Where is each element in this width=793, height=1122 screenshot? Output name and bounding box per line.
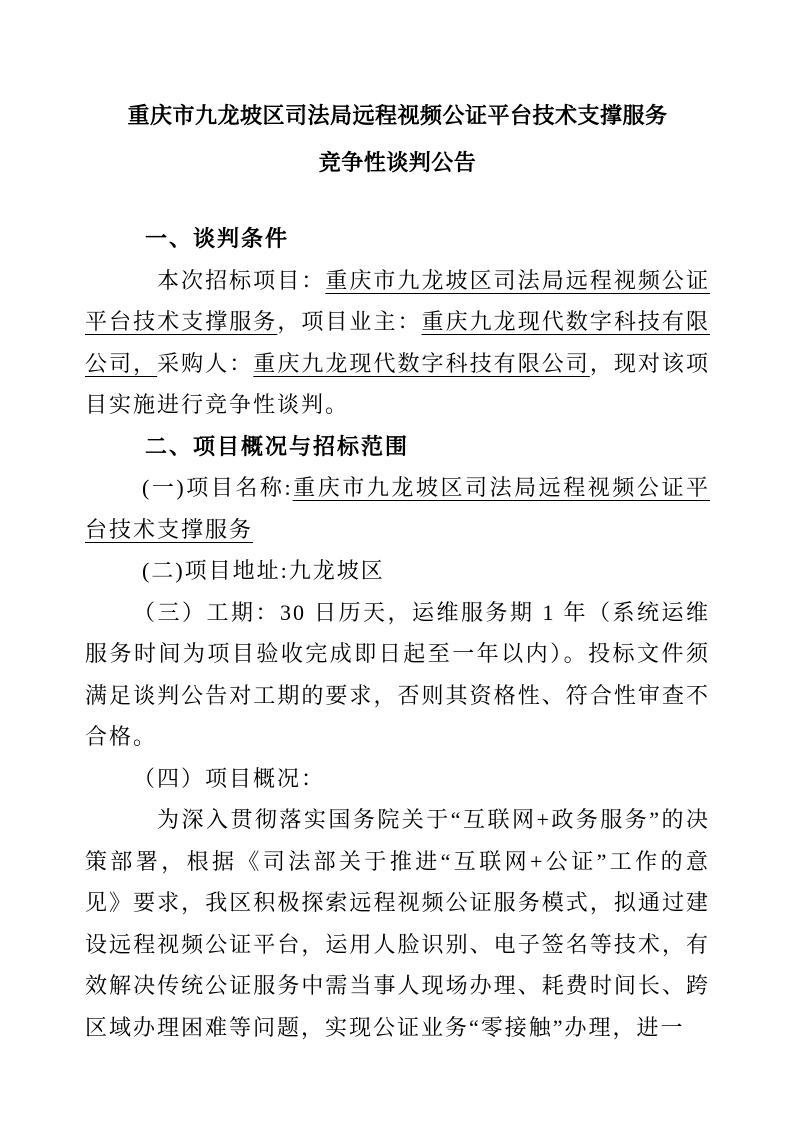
section-1-heading: 一、谈判条件 xyxy=(85,218,710,260)
project-duration-item: （三）工期：30 日历天，运维服务期 1 年（系统运维服务时间为项目验收完成即日… xyxy=(85,592,710,758)
project-name-item: (一)项目名称:重庆市九龙坡区司法局远程视频公证平台技术支撑服务 xyxy=(85,467,710,550)
document-title: 重庆市九龙坡区司法局远程视频公证平台技术支撑服务 竞争性谈判公告 xyxy=(85,92,710,186)
document-content: 重庆市九龙坡区司法局远程视频公证平台技术支撑服务 竞争性谈判公告 一、谈判条件 … xyxy=(0,92,793,1048)
project-overview-label: （四）项目概况： xyxy=(85,758,710,800)
document-page: 重庆市九龙坡区司法局远程视频公证平台技术支撑服务 竞争性谈判公告 一、谈判条件 … xyxy=(0,0,793,1122)
bid-project-lead-text: 本次招标项目： xyxy=(157,268,325,293)
title-line-1: 重庆市九龙坡区司法局远程视频公证平台技术支撑服务 xyxy=(85,92,710,139)
section-2-heading: 二、项目概况与招标范围 xyxy=(85,426,710,468)
purchaser-underlined: 重庆九龙现代数字科技有限公司 xyxy=(253,351,590,376)
project-address-item: (二)项目地址:九龙坡区 xyxy=(85,550,710,592)
project-owner-label: ，项目业主： xyxy=(277,309,421,334)
project-name-label: (一)项目名称: xyxy=(142,475,293,500)
project-overview-paragraph: 为深入贯彻落实国务院关于“互联网+政务服务”的决策部署，根据《司法部关于推进“互… xyxy=(85,799,710,1048)
purchaser-label: 采购人： xyxy=(157,351,253,376)
title-line-2: 竞争性谈判公告 xyxy=(85,139,710,186)
negotiation-conditions-paragraph: 本次招标项目：重庆市九龙坡区司法局远程视频公证平台技术支撑服务，项目业主：重庆九… xyxy=(85,260,710,426)
